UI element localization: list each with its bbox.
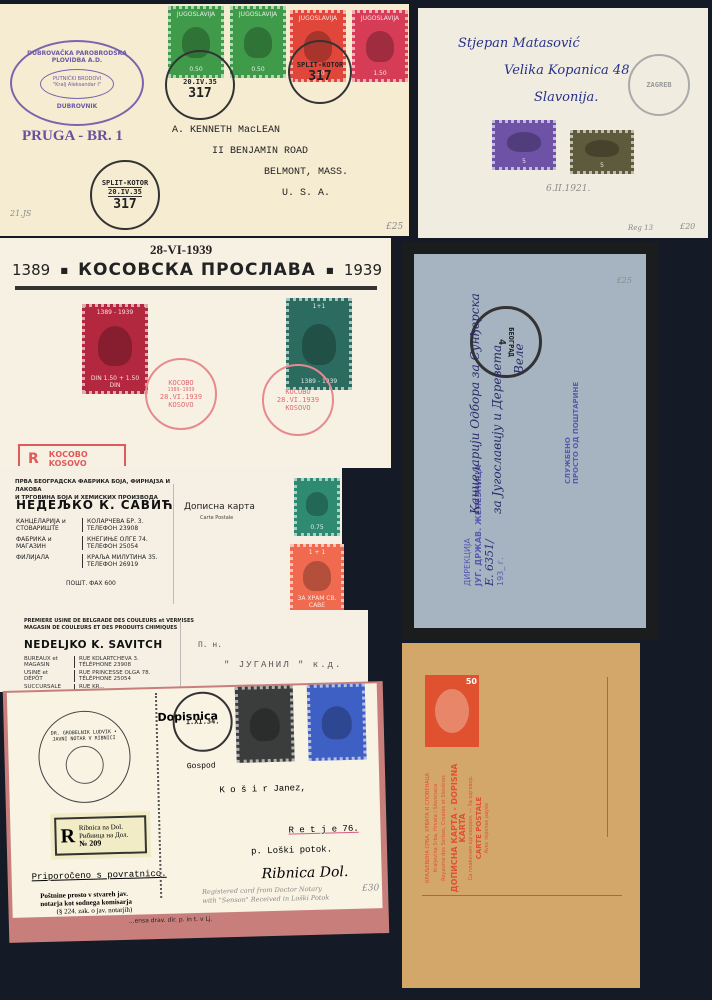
postal-stationery-card: 50 КРАЉЕВИНА СРБА, ХРВАТА И СЛОВЕНАЦА Kr… (402, 643, 640, 988)
stamp-4: JUGOSLAVIJA1.50 (352, 10, 408, 82)
pencil-price: £30 (362, 883, 379, 893)
pencil-price: £25 (386, 222, 403, 232)
postmark-split-kotor-top-2: SPLIT-KOTOR 317 (288, 40, 352, 104)
address-block: A. KENNETH MacLEAN II BENJAMIN ROAD BELM… (172, 120, 348, 204)
cover-velika-kopanica: Stjepan Matasović Velika Kopanica 48. Sl… (418, 8, 708, 238)
commemorative-date: 28-VI-1939 (150, 242, 212, 258)
notary-seal: DR. GROBELNIK LUDVIK • JAVNI NOTAR V RIB… (37, 710, 131, 804)
pencil-price: £20 (680, 222, 695, 231)
stamp-2: JUGOSLAVIJA0.50 (230, 6, 286, 78)
postmark-ribnica: 1.XI.34. (172, 691, 234, 753)
registration-label-ribnica: R Ribnica na Dol. Рибница на Дол. № 209 (50, 811, 151, 860)
cover-split-kotor: DUBROVAČKA PAROBRODSKA PLOVIDBA A.D. PUT… (0, 4, 412, 236)
shipping-company-oval-stamp: DUBROVAČKA PAROBRODSKA PLOVIDBA A.D. PUT… (10, 40, 144, 126)
stamp-2: 1 + 1ЗА ХРАМ СВ. САВЕ (290, 544, 344, 614)
commemorative-title: 1389 ■ КОСОВСКА ПРОСЛАВА ■ 1939 (12, 260, 382, 280)
addressee: K o š i r Janez, (219, 783, 306, 795)
card-title: Дописна карта (184, 502, 255, 512)
stamp-2: 5 (570, 130, 634, 174)
address-row: ФИЛИЈАЛАКРАЉА МИЛУТИНА 35.ТЕЛЕФОН 26919 (16, 554, 166, 568)
card-savitch-french: PREMIERE USINE DE BELGRADE DES COULEURS … (0, 610, 368, 692)
stamp-1 (235, 685, 295, 762)
stamp-2 (307, 684, 367, 761)
stamp-1: 1389 - 1939DIN 1.50 + 1.50 DIN (82, 304, 148, 394)
handwritten-address: Канцеларији Одбора за Сунђерска за Југос… (464, 214, 530, 514)
address-row: КАНЦЕЛАРИЈА и СТОВАРИШТЕКОЛАРЧЕВА БР. 3.… (16, 518, 166, 532)
pencil-price: £25 (617, 276, 632, 285)
postmark-split-kotor: SPLIT-KOTOR 20.IV.35 317 (90, 160, 160, 230)
postmark-split-kotor-top-1: 20.IV.35 317 (165, 50, 235, 120)
title-rule (15, 286, 377, 290)
official-free-postage: СЛУЖБЕНО ПРОСТО ОД ПОШТАРИНЕ (564, 334, 580, 484)
postmark-zagreb: ZAGREB (628, 54, 690, 116)
company-name: NEDELJKO K. SAVITCH (24, 639, 163, 651)
addressee: " ЈУГАНИЛ " к.д. (224, 660, 342, 670)
card-text-rotated: КРАЉЕВИНА СРБА, ХРВАТА И СЛОВЕНАЦА Kralj… (424, 758, 491, 898)
card-savic-cyrillic: ПРВА БЕОГРАДСКА ФАБРИКА БОЈА, ФИРНАЈЗА И… (0, 466, 342, 616)
address-row: ФАБРИКА и МАГАЗИНКНЕГИЊЕ ОЛГЕ 74.ТЕЛЕФОН… (16, 536, 166, 550)
company-name: НЕДЕЉКО К. САВИЋ (16, 498, 174, 512)
stamp-1: 5 (492, 120, 556, 170)
postmark-kosovo-1: КОСОВО 1389-1939 28.VI.1939 KOSOVO (145, 358, 217, 430)
pencil-reg: Reg 13 (628, 224, 653, 232)
cover-kosovo-1939: 28-VI-1939 1389 ■ КОСОВСКА ПРОСЛАВА ■ 19… (0, 238, 394, 468)
handwritten-address: Stjepan Matasović Velika Kopanica 48. Sl… (458, 30, 634, 111)
address-row: USINE et DÉPÔTRUE PRINCESSE OLGA 78.TÉLÉ… (24, 670, 184, 682)
pencil-note: 21.JS (10, 209, 31, 218)
card-notary-ribnica: DR. GROBELNIK LUDVIK • JAVNI NOTAR V RIB… (3, 681, 389, 943)
pencil-date: 6.II.1921. (546, 184, 590, 194)
pruga-cachet: PRUGA - BR. 1 (22, 128, 123, 145)
imprinted-stamp: 50 (425, 675, 479, 747)
cover-mourning-railway: БЕОГРАД 4 ДИРЕКЦИЈА ЈУГ. ДРЖАВ. ЖЕЛЕЗНИЦ… (402, 242, 658, 640)
postmark-kosovo-2: КОСОВО 28.VI.1939 KOSOVO (262, 364, 334, 436)
address-row: BUREAUX et MAGASINRUE KOLARTCHEVA 3.TÉLÉ… (24, 656, 184, 668)
stamp-1: 0.75 (294, 478, 340, 536)
